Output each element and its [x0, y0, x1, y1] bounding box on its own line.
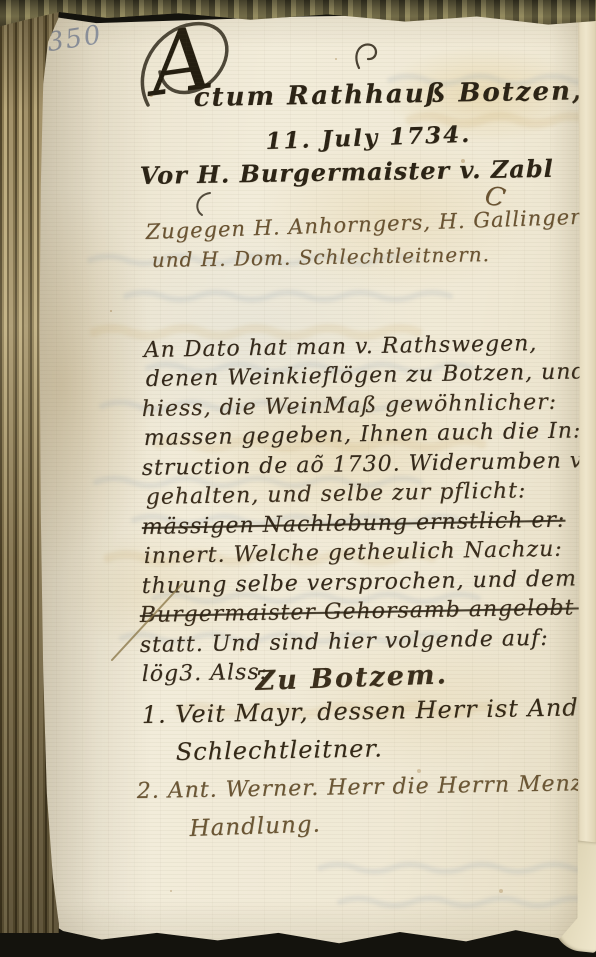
- manuscript-line: lög3. Alss:: [142, 660, 269, 687]
- manuscript-line: hiess, die WeinMaß gewöhnlicher:: [142, 390, 558, 422]
- manuscript-page: 350 Actum Rathhauß Botzen, den11. July 1…: [30, 10, 582, 946]
- list-item-continuation: Schlechtleitner.: [176, 734, 384, 766]
- manuscript-line: gehalten, und selbe zur pflicht:: [146, 478, 527, 510]
- manuscript-line: thuung selbe versprochen, und dem H.: [142, 566, 596, 599]
- list-item: 2. Ant. Werner. Herr die Herrn Menzische: [137, 770, 596, 804]
- list-item: 1. Veit Mayr, dessen Herr ist Ander: [142, 693, 596, 729]
- manuscript-line: struction de aõ 1730. Widerumben vor:: [142, 448, 596, 481]
- manuscript-line: mässigen Nachlebung ernstlich er:: [142, 508, 566, 540]
- manuscript-line: statt. Und sind hier volgende auf:: [140, 626, 549, 658]
- section-heading: Zu Botzem.: [255, 659, 448, 697]
- attendees-line: Zugegen H. Anhorngers, H. Gallingers,: [145, 204, 596, 244]
- manuscript-line: massen gegeben, Ihnen auch die In:: [144, 418, 582, 451]
- manuscript-line: Burgermaister Gehorsamb angelobt er:: [140, 595, 596, 628]
- manuscript-line: innert. Welche getheulich Nachzu:: [144, 537, 563, 569]
- manuscript-line: An Dato hat man v. Rathswegen,: [144, 331, 538, 363]
- handwriting-layer: Actum Rathhauß Botzen, den11. July 1734.…: [30, 10, 582, 946]
- manuscript-line: denen Weinkieflögen zu Botzen, und: [146, 359, 587, 392]
- attendees-line: und H. Dom. Schlechtleitnern.: [152, 242, 491, 272]
- date-line: 11. July 1734.: [265, 121, 472, 155]
- archival-photo: 350 Actum Rathhauß Botzen, den11. July 1…: [0, 0, 596, 957]
- heading-line: ctum Rathhauß Botzen, den: [193, 75, 596, 113]
- list-item-continuation: Handlung.: [189, 811, 321, 842]
